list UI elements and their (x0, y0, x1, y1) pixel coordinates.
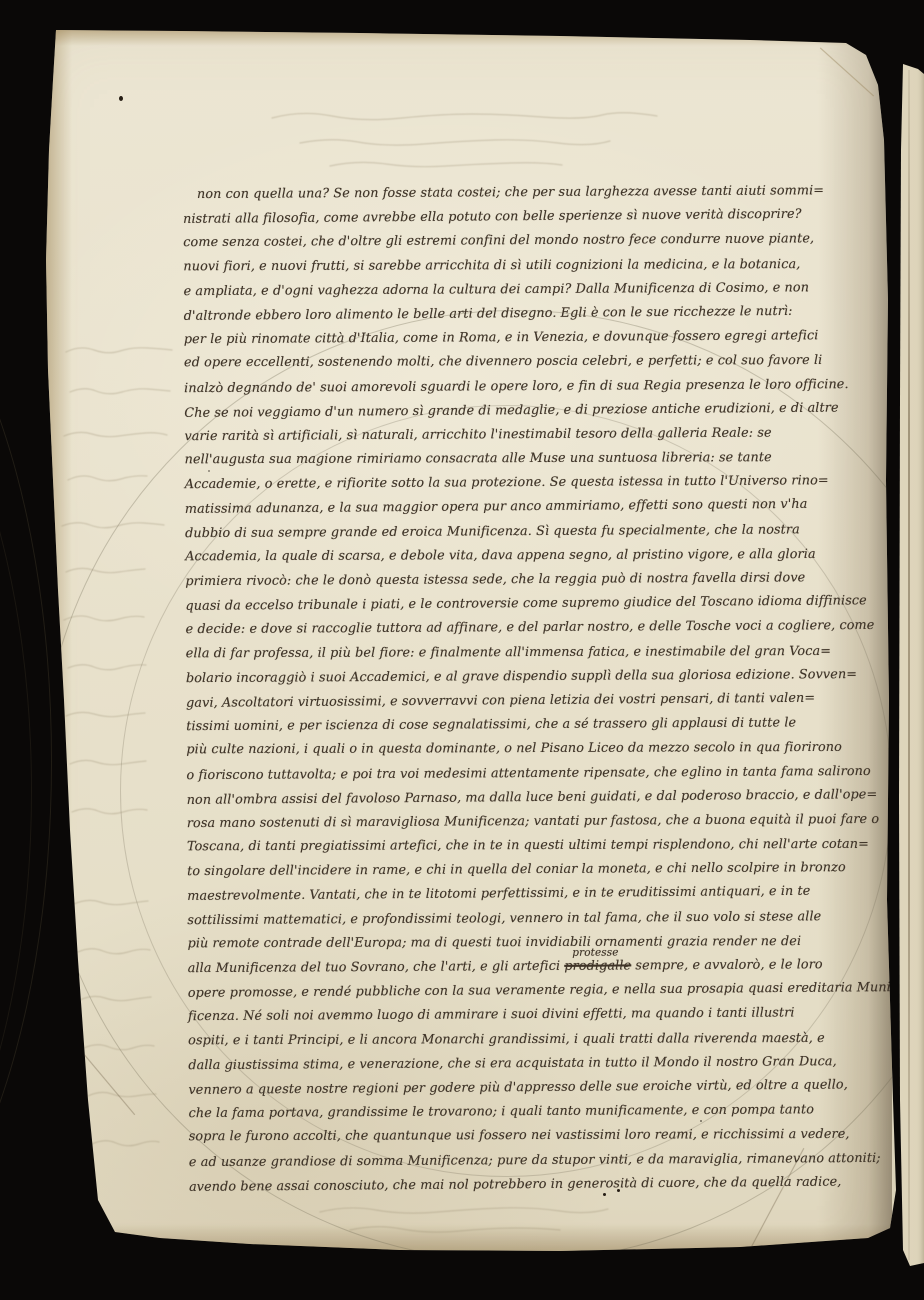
manuscript-line: sottilissimi mattematici, e profondissim… (187, 904, 885, 932)
ink-blot (42, 858, 59, 876)
correction-pre-text: alla Munificenza del tuo Sovrano, che l'… (188, 959, 565, 976)
manuscript-line: e decide: e dove si raccoglie tuttora ad… (186, 614, 884, 642)
manuscript-line: ed opere eccellenti, sostenendo molti, c… (184, 349, 882, 376)
manuscript-line: più remote contrade dell'Europa; ma di q… (188, 930, 886, 957)
manuscript-line: Accademia, la quale di scarsa, e debole … (185, 543, 883, 570)
manuscript-line: ella di far professa, il più bel fiore: … (186, 639, 884, 666)
manuscript-line: Toscana, di tanti pregiatissimi artefici… (187, 833, 885, 860)
manuscript-line: avendo bene assai conosciuto, che mai no… (189, 1170, 887, 1200)
manuscript-line: ospiti, e i tanti Principi, e li ancora … (188, 1026, 886, 1053)
ink-dot (119, 96, 123, 101)
manuscript-line: dubbio di sua sempre grande ed eroica Mu… (185, 517, 883, 545)
manuscript-page: non con quella una? Se non fosse stata c… (0, 0, 924, 1300)
handwritten-text-block: non con quella una? Se non fosse stata c… (183, 179, 887, 1199)
manuscript-line: più culte nazioni, i quali o in questa d… (186, 736, 884, 763)
manuscript-scan: non con quella una? Se non fosse stata c… (0, 0, 924, 1300)
crease-line (50, 1015, 135, 1116)
correction-post-text: sempre, e avvalorò, e le loro (631, 957, 823, 973)
correction-interlinear-word: protesse (572, 947, 618, 957)
manuscript-line: nell'augusta sua magione rimiriamo consa… (185, 446, 883, 473)
correction-wrap: prodigalleprotesse (564, 958, 631, 973)
manuscript-line: sopra le furono accolti, che quantunque … (189, 1123, 887, 1150)
next-leaf-crease (908, 70, 910, 1260)
correction-strikethrough-word: prodigalle (564, 958, 631, 973)
ink-blot (57, 872, 61, 876)
top-edge-shading (40, 28, 870, 46)
manuscript-line: nuovi fiori, e nuovi frutti, si sarebbe … (183, 252, 881, 279)
manuscript-line: ficenza. Né soli noi avemmo luogo di amm… (188, 1001, 886, 1029)
page-stack-edge-arc (0, 300, 32, 1282)
deckle-edge-shading (44, 20, 72, 1250)
manuscript-line: come senza costei, che d'oltre gli estre… (183, 227, 881, 255)
bottom-edge-shading (80, 1224, 900, 1254)
page-stack-edge-arc (0, 240, 52, 1282)
